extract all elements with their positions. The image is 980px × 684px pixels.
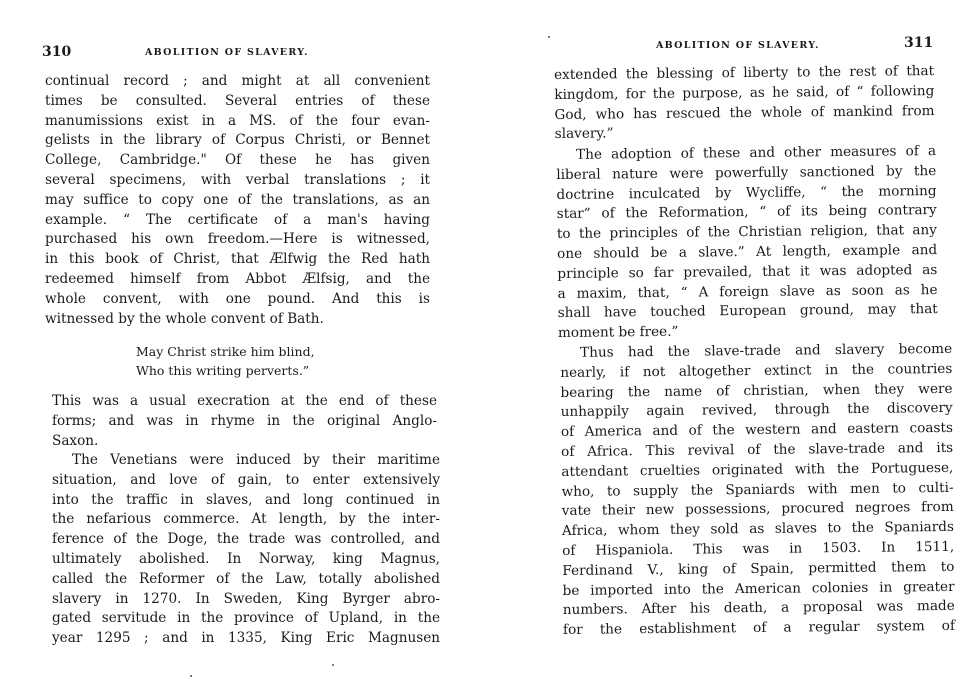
paragraph-3: The Venetians were induced by their mari… bbox=[52, 451, 440, 649]
text-line: The Venetians were induced by their mari… bbox=[52, 451, 440, 471]
text-line: times be consulted. Several entries of t… bbox=[45, 92, 430, 112]
text-line: situation, and love of gain, to enter ex… bbox=[52, 471, 440, 491]
text-line: slavery.” bbox=[555, 121, 935, 145]
page-number: 311 bbox=[904, 35, 933, 51]
paragraph-1: continual record ; and might at all conv… bbox=[45, 72, 430, 329]
text-line: This was a usual execration at the end o… bbox=[52, 392, 437, 412]
right-page: ABOLITION OF SLAVERY. 311 extended the b… bbox=[490, 0, 980, 684]
left-page: 310 ABOLITION OF SLAVERY. continual reco… bbox=[0, 0, 490, 684]
text-line: into the traffic in slaves, and long con… bbox=[52, 491, 440, 511]
print-speck bbox=[332, 664, 334, 666]
text-line: called the Reformer of the Law, totally … bbox=[52, 570, 440, 590]
text-line: for the establishment of a regular syste… bbox=[563, 617, 955, 641]
text-line: the nefarious commerce. At length, by th… bbox=[52, 510, 440, 530]
text-line: College, Cambridge." Of these he has giv… bbox=[45, 151, 430, 171]
text-line: manumissions exist in a MS. of the four … bbox=[45, 112, 430, 132]
text-line: purchased his own freedom.—Here is witne… bbox=[45, 230, 430, 250]
text-line: redeemed himself from Abbot Ælfsig, and … bbox=[45, 270, 430, 290]
text-line: several specimens, with verbal translati… bbox=[45, 171, 430, 191]
print-speck bbox=[190, 675, 192, 677]
text-line: forms; and was in rhyme in the original … bbox=[52, 412, 437, 432]
text-line: witnessed by the whole convent of Bath. bbox=[45, 310, 430, 330]
text-line: Who this writing perverts.” bbox=[136, 361, 396, 380]
verse-quote: May Christ strike him blind,Who this wri… bbox=[136, 342, 396, 380]
text-line: shall have touched European ground, may … bbox=[558, 300, 938, 324]
text-line: ultimately abolished. In Norway, king Ma… bbox=[52, 550, 440, 570]
page-number: 310 bbox=[42, 44, 71, 60]
running-head: ABOLITION OF SLAVERY. bbox=[656, 40, 820, 51]
text-line: ference of the Doge, the trade was contr… bbox=[52, 530, 440, 550]
text-line: in this book of Christ, that Ælfwig the … bbox=[45, 250, 430, 270]
paragraph-2: This was a usual execration at the end o… bbox=[52, 392, 437, 451]
text-line: slavery in 1270. In Sweden, King Byrger … bbox=[52, 590, 440, 610]
running-head: ABOLITION OF SLAVERY. bbox=[145, 47, 309, 58]
paragraph-1: extended the blessing of liberty to the … bbox=[554, 62, 935, 145]
text-line: Saxon. bbox=[52, 432, 437, 452]
text-line: May Christ strike him blind, bbox=[136, 342, 396, 361]
paragraph-2: The adoption of these and other measures… bbox=[556, 142, 938, 344]
print-speck bbox=[548, 36, 550, 38]
paragraph-3: Thus had the slave-trade and slavery bec… bbox=[560, 340, 955, 641]
text-line: gelists in the library of Corpus Christi… bbox=[45, 131, 430, 151]
text-line: year 1295 ; and in 1335, King Eric Magnu… bbox=[52, 629, 440, 649]
text-line: whole convent, with one pound. And this … bbox=[45, 290, 430, 310]
text-line: may suffice to copy one of the translati… bbox=[45, 191, 430, 211]
text-line: gated servitude in the province of Uplan… bbox=[52, 609, 440, 629]
text-line: example. “ The certificate of a man's ha… bbox=[45, 211, 430, 231]
text-line: continual record ; and might at all conv… bbox=[45, 72, 430, 92]
